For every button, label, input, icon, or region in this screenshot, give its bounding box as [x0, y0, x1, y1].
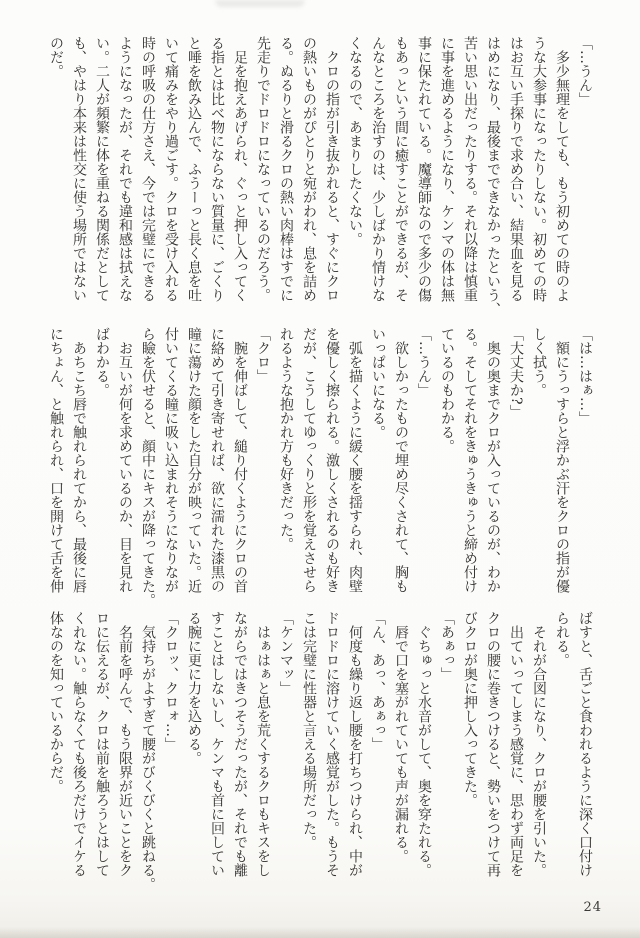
scan-shadow-bottom	[0, 927, 640, 938]
text-band-middle: 「は…はぁ…」 額にうっすらと浮かぶ汗をクロの指が優 しく拭う。 「大丈夫か?」…	[44, 327, 596, 609]
scan-artifact-top	[215, 0, 305, 7]
scanned-novel-page: 「…うん」 多少無理をしても、もう初めての時のよ うな大参事になったりしない。初…	[0, 0, 640, 938]
text-band-bottom: ばすと、舌ごと食われるように深く口付け られる。 それが合図になり、クロが腰を引…	[44, 611, 596, 893]
page-number: 24	[583, 900, 602, 915]
text-band-top: 「…うん」 多少無理をしても、もう初めての時のよ うな大参事になったりしない。初…	[44, 36, 596, 318]
